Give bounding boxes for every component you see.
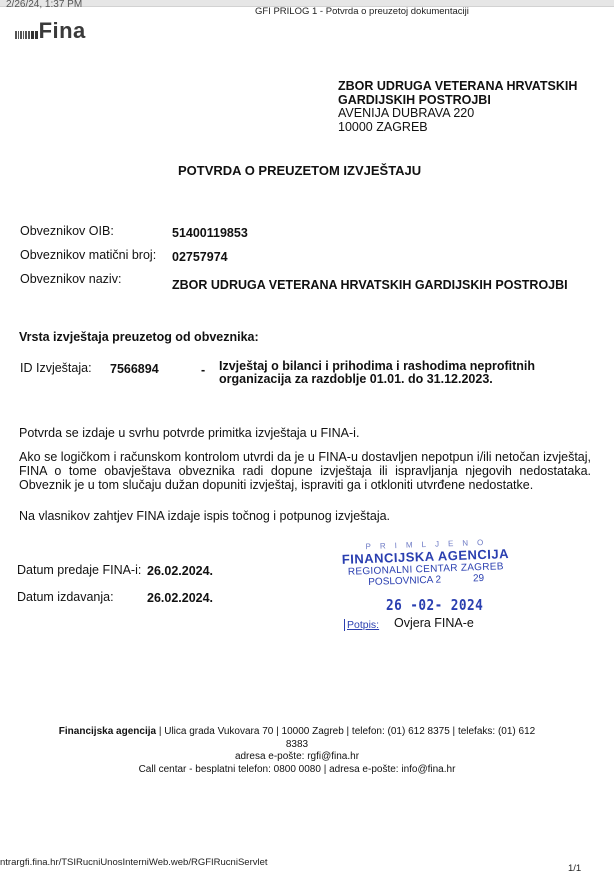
name-label: Obveznikov naziv: xyxy=(20,272,121,286)
document-title: POTVRDA O PREUZETOM IZVJEŠTAJU xyxy=(178,163,421,178)
footer-call-center: Call centar - besplatni telefon: 0800 00… xyxy=(55,764,539,777)
report-type-heading: Vrsta izvještaja preuzetog od obveznika: xyxy=(19,330,259,344)
logo-text: Fina xyxy=(39,20,86,42)
addressee-city: 10000 ZAGREB xyxy=(338,121,577,135)
page-number: 1/1 xyxy=(568,863,581,874)
print-date: 2/26/24, 1:37 PM xyxy=(6,0,82,10)
registration-label: Obveznikov matični broj: xyxy=(20,248,156,262)
footer-email: adresa e-pošte: rgfi@fina.hr xyxy=(55,751,539,764)
name-value: ZBOR UDRUGA VETERANA HRVATSKIH GARDIJSKI… xyxy=(172,278,568,292)
issue-date-label: Datum izdavanja: xyxy=(17,590,114,604)
footer-address: | Ulica grada Vukovara 70 | 10000 Zagreb… xyxy=(156,726,535,750)
report-separator: - xyxy=(201,363,205,377)
stamp-date: 26 -02- 2024 xyxy=(386,596,483,614)
addressee-street: AVENIJA DUBRAVA 220 xyxy=(338,107,577,121)
addressee-block: ZBOR UDRUGA VETERANA HRVATSKIH GARDIJSKI… xyxy=(338,80,577,134)
print-header-title: GFI PRILOG 1 - Potvrda o preuzetoj dokum… xyxy=(255,6,469,17)
submission-date-label: Datum predaje FINA-i: xyxy=(17,563,141,577)
report-id-value: 7566894 xyxy=(110,362,159,376)
report-id-label: ID Izvještaja: xyxy=(20,361,92,375)
oib-value: 51400119853 xyxy=(172,226,248,240)
received-stamp: PRIMLJENO FINANCIJSKA AGENCIJA REGIONALN… xyxy=(341,537,510,589)
fina-logo: Fina xyxy=(15,20,86,42)
footer-org: Financijska agencija xyxy=(59,726,156,737)
paragraph-owner-request: Na vlasnikov zahtjev FINA izdaje ispis t… xyxy=(19,509,390,523)
agency-footer: Financijska agencija | Ulica grada Vukov… xyxy=(55,726,539,776)
oib-label: Obveznikov OIB: xyxy=(20,224,114,238)
stamp-signature-label: Potpis: xyxy=(344,619,379,631)
addressee-name-line1: ZBOR UDRUGA VETERANA HRVATSKIH xyxy=(338,80,577,94)
paragraph-control: Ako se logičkom i računskom kontrolom ut… xyxy=(19,450,591,492)
addressee-name-line2: GARDIJSKIH POSTROJBI xyxy=(338,94,577,108)
report-description: Izvještaj o bilanci i prihodima i rashod… xyxy=(219,360,539,386)
paragraph-purpose: Potvrda se izdaje u svrhu potvrde primit… xyxy=(19,426,359,440)
issue-date-value: 26.02.2024. xyxy=(147,591,213,605)
certification-label: Ovjera FINA-e xyxy=(394,616,474,630)
print-url: ntrargfi.fina.hr/TSIRucniUnosInterniWeb.… xyxy=(0,857,268,868)
registration-value: 02757974 xyxy=(172,250,228,264)
submission-date-value: 26.02.2024. xyxy=(147,564,213,578)
barcode-stripes-icon xyxy=(15,31,38,39)
